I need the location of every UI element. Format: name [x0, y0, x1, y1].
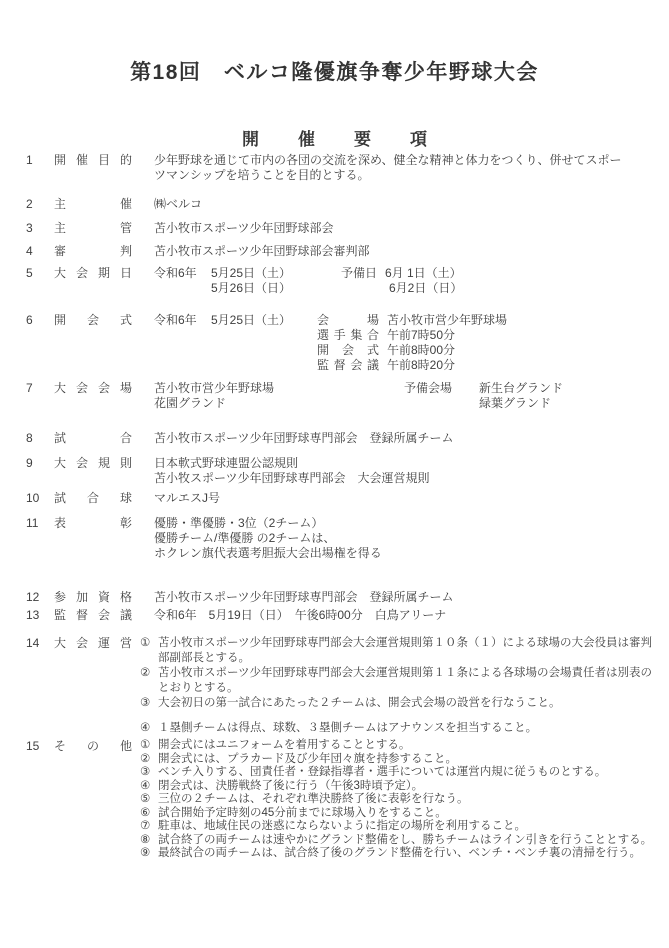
reserve-day-2: 6月2日（日） — [389, 281, 462, 296]
clause-text: 苫小牧市スポーツ少年団野球専門部会大会運営規則第１０条（１）による球場の大会役員… — [158, 637, 652, 664]
item-row-13: 13 監督会議 令和6年 5月19日（日） 午後6時00分 白鳥アリーナ — [26, 608, 669, 623]
clause-text: 駐車は、地域住民の迷惑にならないように指定の場所を利用すること。 — [158, 820, 526, 832]
item-label: 大会規則 — [54, 456, 132, 471]
schedule-value: 午前7時50分 — [387, 328, 455, 343]
clause: ①開会式にはユニフォームを着用することとする。 — [154, 739, 669, 753]
clause: ④閉会式は、決勝戦終了後に行う（午後3時頃予定）。 — [154, 780, 669, 794]
section-heading: 開催要項 — [242, 130, 466, 149]
item-row-1: 1 開催目的 少年野球を通じて市内の各団の交流を深め、健全な精神と体力をつくり、… — [26, 153, 669, 183]
reserve-venue-2: 緑葉グランド — [479, 396, 551, 411]
clause: ②開会式には、プラカード及び少年団々旗を持参すること。 — [154, 753, 669, 767]
item-number: 9 — [26, 456, 54, 471]
reserve-venue-label: 予備会場 — [404, 381, 479, 396]
clause-text: ベンチ入りする、団責任者・登録指導者・選手については運営内規に従うものとする。 — [158, 766, 606, 778]
item-row-8: 8 試合 苫小牧市スポーツ少年団野球専門部会 登録所属チーム — [26, 431, 669, 446]
item-label: 開会式 — [54, 313, 132, 328]
page-title: 第18回 ベルコ隆優旗争奪少年野球大会 — [130, 61, 539, 84]
schedule-value: 午前8時00分 — [387, 343, 455, 358]
schedule-key: 会場 — [317, 313, 379, 328]
reserve-day-1: 6月 1日（土） — [385, 266, 462, 281]
item-number: 14 — [26, 636, 54, 651]
clause-text: 最終試合の両チームは、試合終了後のグランド整備を行い、ベンチ・ベンチ裏の清掃を行… — [158, 847, 641, 859]
item-text: 少年野球を通じて市内の各団の交流を深め、健全な精神と体力をつくり、併せてスポー — [154, 153, 669, 168]
clause: ⑨最終試合の両チームは、試合終了後のグランド整備を行い、ベンチ・ベンチ裏の清掃を… — [154, 847, 669, 861]
item-row-14: 14 大会運営 ①苫小牧市スポーツ少年団野球専門部会大会運営規則第１０条（１）に… — [26, 636, 669, 736]
clause: ⑦駐車は、地域住民の迷惑にならないように指定の場所を利用すること。 — [154, 820, 669, 834]
clause-text: 開会式にはユニフォームを着用することとする。 — [158, 739, 410, 751]
item-label: 開催目的 — [54, 153, 132, 168]
item-label: 参加資格 — [54, 590, 132, 605]
item-number: 12 — [26, 590, 54, 605]
item-row-6: 6 開会式 令和6年5月25日（土）会場苫小牧市営少年野球場 選手集合午前7時5… — [26, 313, 669, 373]
item-label: 試合 — [54, 431, 132, 446]
clause-mark: ① — [140, 636, 150, 651]
item-number: 6 — [26, 313, 54, 328]
item-label: 大会会場 — [54, 381, 132, 396]
clause-text: 閉会式は、決勝戦終了後に行う（午後3時頃予定）。 — [158, 780, 423, 792]
clause-mark: ③ — [140, 766, 150, 780]
item-text: 優勝チーム/準優勝 の2チームは、 — [154, 531, 669, 546]
item-number: 11 — [26, 516, 54, 531]
item-row-12: 12 参加資格 苫小牧市スポーツ少年団野球専門部会 登録所属チーム — [26, 590, 669, 605]
item-label: 主催 — [54, 197, 132, 212]
clause-mark: ⑨ — [140, 847, 150, 861]
item-label: 監督会議 — [54, 608, 132, 623]
clause-mark: ⑥ — [140, 807, 150, 821]
clause-mark: ② — [140, 753, 150, 767]
item-number: 1 — [26, 153, 54, 168]
clause-mark: ① — [140, 739, 150, 753]
items-list: 1 開催目的 少年野球を通じて市内の各団の交流を深め、健全な精神と体力をつくり、… — [0, 153, 669, 861]
clause-mark: ⑤ — [140, 793, 150, 807]
item-number: 2 — [26, 197, 54, 212]
date-day-2: 5月26日（日） — [211, 281, 389, 296]
item-text: 苫小牧市スポーツ少年団野球部会 — [154, 221, 669, 236]
reserve-label: 予備日 — [341, 266, 385, 281]
schedule-key: 開会式 — [317, 343, 379, 358]
item-label: 大会期日 — [54, 266, 132, 281]
item-label: 審判 — [54, 244, 132, 259]
item-number: 10 — [26, 491, 54, 506]
date-era: 令和6年 — [154, 313, 211, 328]
schedule-value: 午前8時20分 — [387, 358, 455, 373]
item-text: 苫小牧スポーツ少年団野球専門部会 大会運営規則 — [154, 471, 669, 486]
venue-main-1: 苫小牧市営少年野球場 — [154, 381, 404, 396]
item-text: 苫小牧市スポーツ少年団野球専門部会 登録所属チーム — [154, 431, 669, 446]
item-number: 7 — [26, 381, 54, 396]
item-label: その他 — [54, 739, 132, 754]
clause: ④１塁側チームは得点、球数、３塁側チームはアナウンスを担当すること。 — [154, 721, 661, 736]
item-number: 15 — [26, 739, 54, 754]
item-text: 優勝・準優勝・3位（2チーム） — [154, 516, 669, 531]
clause-text: 苫小牧市スポーツ少年団野球専門部会大会運営規則第１１条による各球場の会場責任者は… — [158, 667, 652, 694]
schedule-value: 苫小牧市営少年野球場 — [387, 313, 507, 328]
item-row-2: 2 主催 ㈱ベルコ — [26, 197, 669, 212]
item-text: 苫小牧市スポーツ少年団野球部会審判部 — [154, 244, 669, 259]
clause-text: １塁側チームは得点、球数、３塁側チームはアナウンスを担当すること。 — [158, 722, 537, 734]
venue-main-2: 花園グランド — [154, 396, 479, 411]
clause: ③大会初日の第一試合にあたった２チームは、開会式会場の設営を行なうこと。 — [154, 696, 661, 711]
item-number: 8 — [26, 431, 54, 446]
item-number: 5 — [26, 266, 54, 281]
clause: ⑧試合終了の両チームは速やかにグランド整備をし、勝ちチームはライン引きを行うこと… — [154, 834, 669, 848]
date-era: 令和6年 — [154, 266, 211, 281]
clause: ⑥試合開始予定時刻の45分前までに球場入りをすること。 — [154, 807, 669, 821]
item-row-15: 15 その他 ①開会式にはユニフォームを着用することとする。 ②開会式には、プラ… — [26, 739, 669, 861]
item-text: 苫小牧市スポーツ少年団野球専門部会 登録所属チーム — [154, 590, 669, 605]
schedule-key: 監督会議 — [317, 358, 379, 373]
clause: ①苫小牧市スポーツ少年団野球専門部会大会運営規則第１０条（１）による球場の大会役… — [154, 636, 661, 666]
clause: ⑤三位の２チームは、それぞれ準決勝終了後に表彰を行なう。 — [154, 793, 669, 807]
reserve-venue-1: 新生台グランド — [479, 381, 563, 396]
clause: ②苫小牧市スポーツ少年団野球専門部会大会運営規則第１１条による各球場の会場責任者… — [154, 666, 661, 696]
clause-mark: ⑧ — [140, 834, 150, 848]
clause-text: 大会初日の第一試合にあたった２チームは、開会式会場の設営を行なうこと。 — [158, 697, 561, 709]
item-row-11: 11 表彰 優勝・準優勝・3位（2チーム） 優勝チーム/準優勝 の2チームは、 … — [26, 516, 669, 561]
item-label: 試合球 — [54, 491, 132, 506]
clause-text: 試合終了の両チームは速やかにグランド整備をし、勝ちチームはライン引きを行うことと… — [158, 834, 652, 846]
item-text: ホクレン旗代表選考胆振大会出場権を得る — [154, 546, 669, 561]
clause-mark: ② — [140, 666, 150, 681]
clause-text: 開会式には、プラカード及び少年団々旗を持参すること。 — [158, 753, 457, 765]
item-number: 3 — [26, 221, 54, 236]
date-day-1: 5月25日（土） — [211, 266, 341, 281]
clause-mark: ③ — [140, 696, 150, 711]
item-text: ツマンシップを培うことを目的とする。 — [154, 168, 669, 183]
item-label: 主管 — [54, 221, 132, 236]
clause-mark: ④ — [140, 721, 150, 736]
item-number: 4 — [26, 244, 54, 259]
item-row-4: 4 審判 苫小牧市スポーツ少年団野球部会審判部 — [26, 244, 669, 259]
date-day: 5月25日（土） — [211, 313, 317, 328]
clause-text: 試合開始予定時刻の45分前までに球場入りをすること。 — [158, 807, 447, 819]
item-text: 日本軟式野球連盟公認規則 — [154, 456, 669, 471]
item-text: ㈱ベルコ — [154, 197, 669, 212]
item-number: 13 — [26, 608, 54, 623]
clause-mark: ⑦ — [140, 820, 150, 834]
clause-text: 三位の２チームは、それぞれ準決勝終了後に表彰を行なう。 — [158, 793, 469, 805]
item-label: 大会運営 — [54, 636, 132, 651]
item-row-7: 7 大会会場 苫小牧市営少年野球場予備会場新生台グランド 花園グランド緑葉グラン… — [26, 381, 669, 411]
scanned-document-page: 第18回 ベルコ隆優旗争奪少年野球大会 開催要項 1 開催目的 少年野球を通じて… — [0, 0, 669, 948]
clause: ③ベンチ入りする、団責任者・登録指導者・選手については運営内規に従うものとする。 — [154, 766, 669, 780]
item-text: マルエスJ号 — [154, 491, 669, 506]
item-label: 表彰 — [54, 516, 132, 531]
schedule-key: 選手集合 — [317, 328, 379, 343]
item-row-10: 10 試合球 マルエスJ号 — [26, 491, 669, 506]
item-row-3: 3 主管 苫小牧市スポーツ少年団野球部会 — [26, 221, 669, 236]
item-row-5: 5 大会期日 令和6年5月25日（土）予備日6月 1日（土） 5月26日（日）6… — [26, 266, 669, 296]
item-text: 令和6年 5月19日（日） 午後6時00分 白鳥アリーナ — [154, 608, 669, 623]
item-row-9: 9 大会規則 日本軟式野球連盟公認規則 苫小牧スポーツ少年団野球専門部会 大会運… — [26, 456, 669, 486]
clause-mark: ④ — [140, 780, 150, 794]
